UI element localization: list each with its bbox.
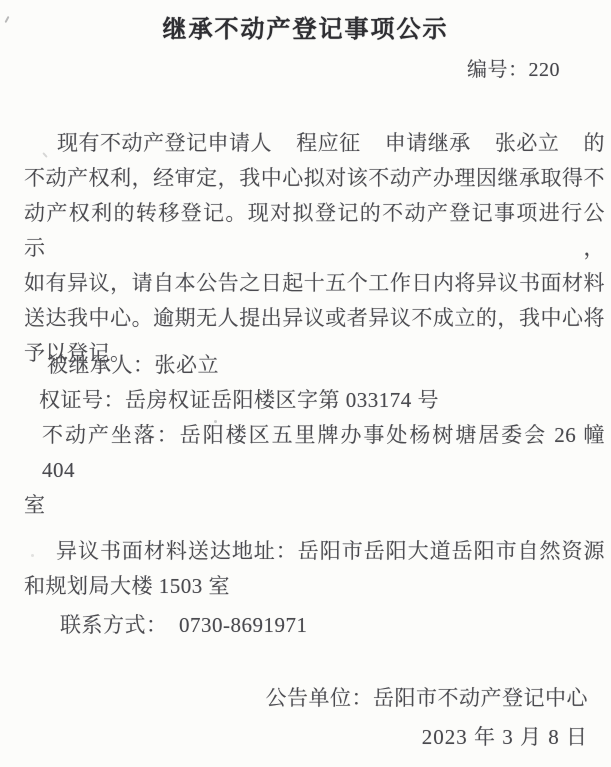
notice-document: 继承不动产登记事项公示 编号：220 现有不动产登记申请人程应征申请继承张必立的… — [0, 0, 611, 767]
certificate-number-line: 权证号：岳房权证岳阳楼区字第 033174 号 — [24, 383, 605, 418]
property-location-line: 不动产坐落：岳阳楼区五里牌办事处杨树塘居委会 26 幢 404 — [24, 418, 605, 488]
text-segment: 现有不动产登记申请人 — [57, 126, 272, 161]
page-title: 继承不动产登记事项公示 — [0, 12, 611, 48]
notice-line: 送达我中心。逾期无人提出异议或者异议不成立的，我中心将 — [24, 301, 605, 336]
issue-date: 2023 年 3 月 8 日 — [0, 719, 588, 755]
text-segment: 程应征 — [296, 126, 361, 161]
text-segment: 张必立 — [495, 126, 560, 161]
notice-line: 不动产权利，经审定，我中心拟对该不动产办理因继承取得不 — [24, 161, 605, 196]
objection-address-line-wrap: 和规划局大楼 1503 室 — [24, 569, 605, 604]
notice-line: 动产权利的转移登记。现对拟登记的不动产登记事项进行公示， — [24, 196, 605, 266]
objection-address-line: 异议书面材料送达地址：岳阳市岳阳大道岳阳市自然资源 — [24, 534, 605, 569]
contact-phone-line: 联系方式： 0730-8691971 — [24, 608, 605, 643]
text-segment: 的 — [584, 126, 606, 161]
property-info-block: 被继承人：张必立 权证号：岳房权证岳阳楼区字第 033174 号 不动产坐落：岳… — [24, 348, 605, 523]
objection-address-block: 异议书面材料送达地址：岳阳市岳阳大道岳阳市自然资源 和规划局大楼 1503 室 … — [24, 534, 605, 643]
notice-body-paragraph: 现有不动产登记申请人程应征申请继承张必立的 不动产权利，经审定，我中心拟对该不动… — [24, 126, 605, 371]
heir-line: 被继承人：张必立 — [24, 348, 605, 383]
issuing-unit: 公告单位：岳阳市不动产登记中心 — [0, 680, 588, 716]
notice-footer: 公告单位：岳阳市不动产登记中心 2023 年 3 月 8 日 — [0, 680, 588, 755]
notice-line-applicant: 现有不动产登记申请人程应征申请继承张必立的 — [24, 126, 605, 161]
property-location-line-wrap: 室 — [24, 488, 605, 523]
notice-line: 如有异议，请自本公告之日起十五个工作日内将异议书面材料 — [24, 266, 605, 301]
doc-number: 编号：220 — [467, 53, 560, 88]
scan-artifact — [31, 554, 34, 557]
text-segment: 申请继承 — [385, 126, 471, 161]
scan-artifact — [214, 420, 217, 423]
